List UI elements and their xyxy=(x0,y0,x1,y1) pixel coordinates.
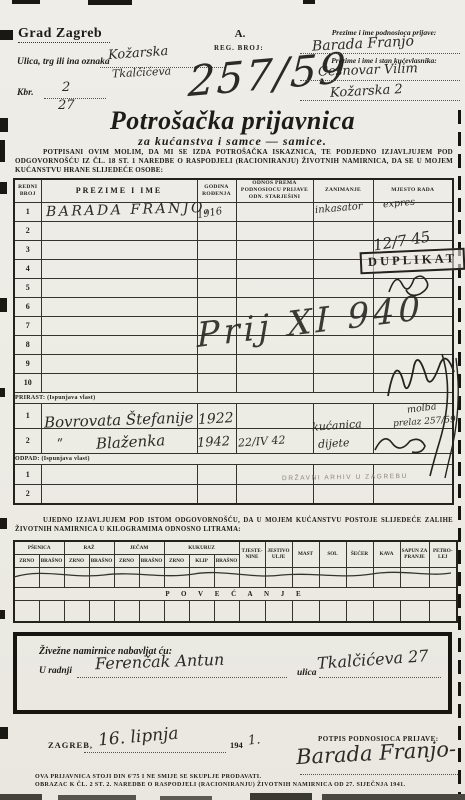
scan-artifact xyxy=(0,610,5,619)
street-label: Ulica, trg ili ina oznaka xyxy=(17,57,110,67)
odpad-row: 2 xyxy=(14,484,453,504)
street-value2-handwritten: Tkalčićeva xyxy=(112,64,172,80)
group-raz: RAŽ xyxy=(64,541,114,554)
footer-year-handwritten: 1. xyxy=(247,732,261,748)
shop-box: Živežne namirnice nabavljat ću: U radnji… xyxy=(13,632,452,714)
large-signature-scrawl xyxy=(382,348,464,480)
ulica-value-handwritten: Tkalčićeva 27 xyxy=(316,646,429,673)
row-number: 1 xyxy=(14,202,41,221)
group-jecam: JEČAM xyxy=(114,541,164,554)
col-jestivo-ulje: JESTIVO ULJE xyxy=(265,541,292,567)
scan-artifact xyxy=(0,182,7,194)
scan-artifact xyxy=(58,795,136,800)
col-sol: SOL xyxy=(319,541,346,567)
col-mast: MAST xyxy=(292,541,319,567)
row-number: 1 xyxy=(14,403,41,428)
form-title: Potrošačka prijavnica xyxy=(0,106,465,136)
row-number: 6 xyxy=(14,297,41,316)
povecanje-label: P O V E Ć A N J E xyxy=(14,587,457,600)
row-number: 1 xyxy=(14,464,41,484)
scan-artifact xyxy=(250,793,312,800)
footer-year-prefix: 194 xyxy=(230,740,243,750)
street-value-handwritten: Kožarska xyxy=(108,44,169,63)
group-kukuruz: KUKURUZ xyxy=(164,541,239,554)
signature-line xyxy=(300,773,458,775)
city-name: Grad Zagreb xyxy=(18,26,102,42)
footer-city-label: ZAGREB, xyxy=(48,740,93,750)
landlord-address-line xyxy=(300,99,460,101)
scan-artifact xyxy=(160,796,212,800)
row-number: 8 xyxy=(14,335,41,354)
col-header-zanimanje: ZANIMANJE xyxy=(313,179,373,202)
supplies-group-header-row: PŠENICA RAŽ JEČAM KUKURUZ TJESTE-NINE JE… xyxy=(14,541,457,554)
prirast2-year-handwritten: 1942 xyxy=(197,434,231,451)
row-number: 5 xyxy=(14,278,41,297)
footer-date-handwritten: 16. lipnja xyxy=(97,724,179,751)
row-number: 2 xyxy=(14,484,41,504)
crossed-out-wavy-line xyxy=(14,565,451,583)
ulica-label: ulica xyxy=(297,668,317,678)
col-header-prezime-ime: PREZIME I IME xyxy=(41,179,197,202)
prirast2-signature-scrawl xyxy=(372,430,428,458)
scan-artifact xyxy=(0,794,42,800)
row-number: 2 xyxy=(14,428,41,453)
col-sapun: SAPUN ZA PRANJE xyxy=(400,541,429,567)
col-kava: KAVA xyxy=(373,541,400,567)
kbr-label: Kbr. xyxy=(17,88,34,98)
prirast2-occupation-handwritten: dijete xyxy=(318,436,350,451)
form-subtitle: za kućanstva i samce — samice. xyxy=(0,134,465,149)
col-header-odnos: ODNOS PREMA PODNOSIOCU PRIJAVE ODN. STAR… xyxy=(236,179,313,202)
scan-artifact xyxy=(0,727,8,739)
col-header-redni-broj: REDNI BROJ xyxy=(14,179,41,202)
fine-print-line1: OVA PRIJAVNICA STOJI DIN 6'75 I NE SMIJE… xyxy=(35,774,261,780)
supplies-empty-row xyxy=(14,600,457,622)
row-number: 3 xyxy=(14,240,41,259)
row-number: 7 xyxy=(14,316,41,335)
row-number: 9 xyxy=(14,354,41,373)
scan-artifact xyxy=(0,518,7,529)
kbr-value-top-handwritten: 2 xyxy=(62,80,70,95)
supplies-intro-text: UJEDNO IZJAVLJUJEM POD ISTOM ODGOVORNOŠĆ… xyxy=(15,516,453,534)
radnja-value-handwritten: Ferenčak Antun xyxy=(95,650,225,674)
declaration-text: POTPISANI OVIM MOLIM, DA MI SE IZDA POTR… xyxy=(15,148,453,175)
kbr-line xyxy=(44,97,106,99)
col-tjestenine: TJESTE-NINE xyxy=(239,541,265,567)
scan-artifact xyxy=(0,298,7,312)
scan-artifact xyxy=(322,794,465,800)
povecanje-row: P O V E Ć A N J E xyxy=(14,587,457,600)
footer-date-line xyxy=(84,751,226,753)
col-petrolej: PETRO-LEJ xyxy=(429,541,457,567)
scan-artifact xyxy=(12,0,40,4)
prirast1-year-handwritten: 1922 xyxy=(198,410,234,428)
radnja-label: U radnji xyxy=(39,666,72,676)
scan-artifact xyxy=(0,30,13,40)
prirast2-name-handwritten: Blaženka xyxy=(96,431,166,453)
prirast2-ditto-mark: ʺ xyxy=(57,438,63,453)
row-number: 2 xyxy=(14,221,41,240)
col-header-godina: GODINA ROĐENJA xyxy=(197,179,236,202)
fine-print-line2: OBRAZAC K ČL. 2 ST. 2. NAREDBE O RASPODJ… xyxy=(35,782,405,788)
row-number: 4 xyxy=(14,259,41,278)
col-secer: ŠEĆER xyxy=(346,541,373,567)
city-underline xyxy=(18,42,110,43)
row-number: 10 xyxy=(14,373,41,392)
ulica-line xyxy=(319,676,441,678)
group-psenica: PŠENICA xyxy=(14,541,64,554)
scan-artifact xyxy=(88,0,132,5)
radnja-line xyxy=(77,676,287,678)
landlord-handwritten: Češnovar Vilim xyxy=(318,61,418,79)
section-letter: A. xyxy=(228,28,252,40)
scan-artifact xyxy=(303,0,315,4)
scanned-form-page: Grad Zagreb Ulica, trg ili ina oznaka Ko… xyxy=(0,0,465,800)
scan-artifact xyxy=(0,388,5,397)
